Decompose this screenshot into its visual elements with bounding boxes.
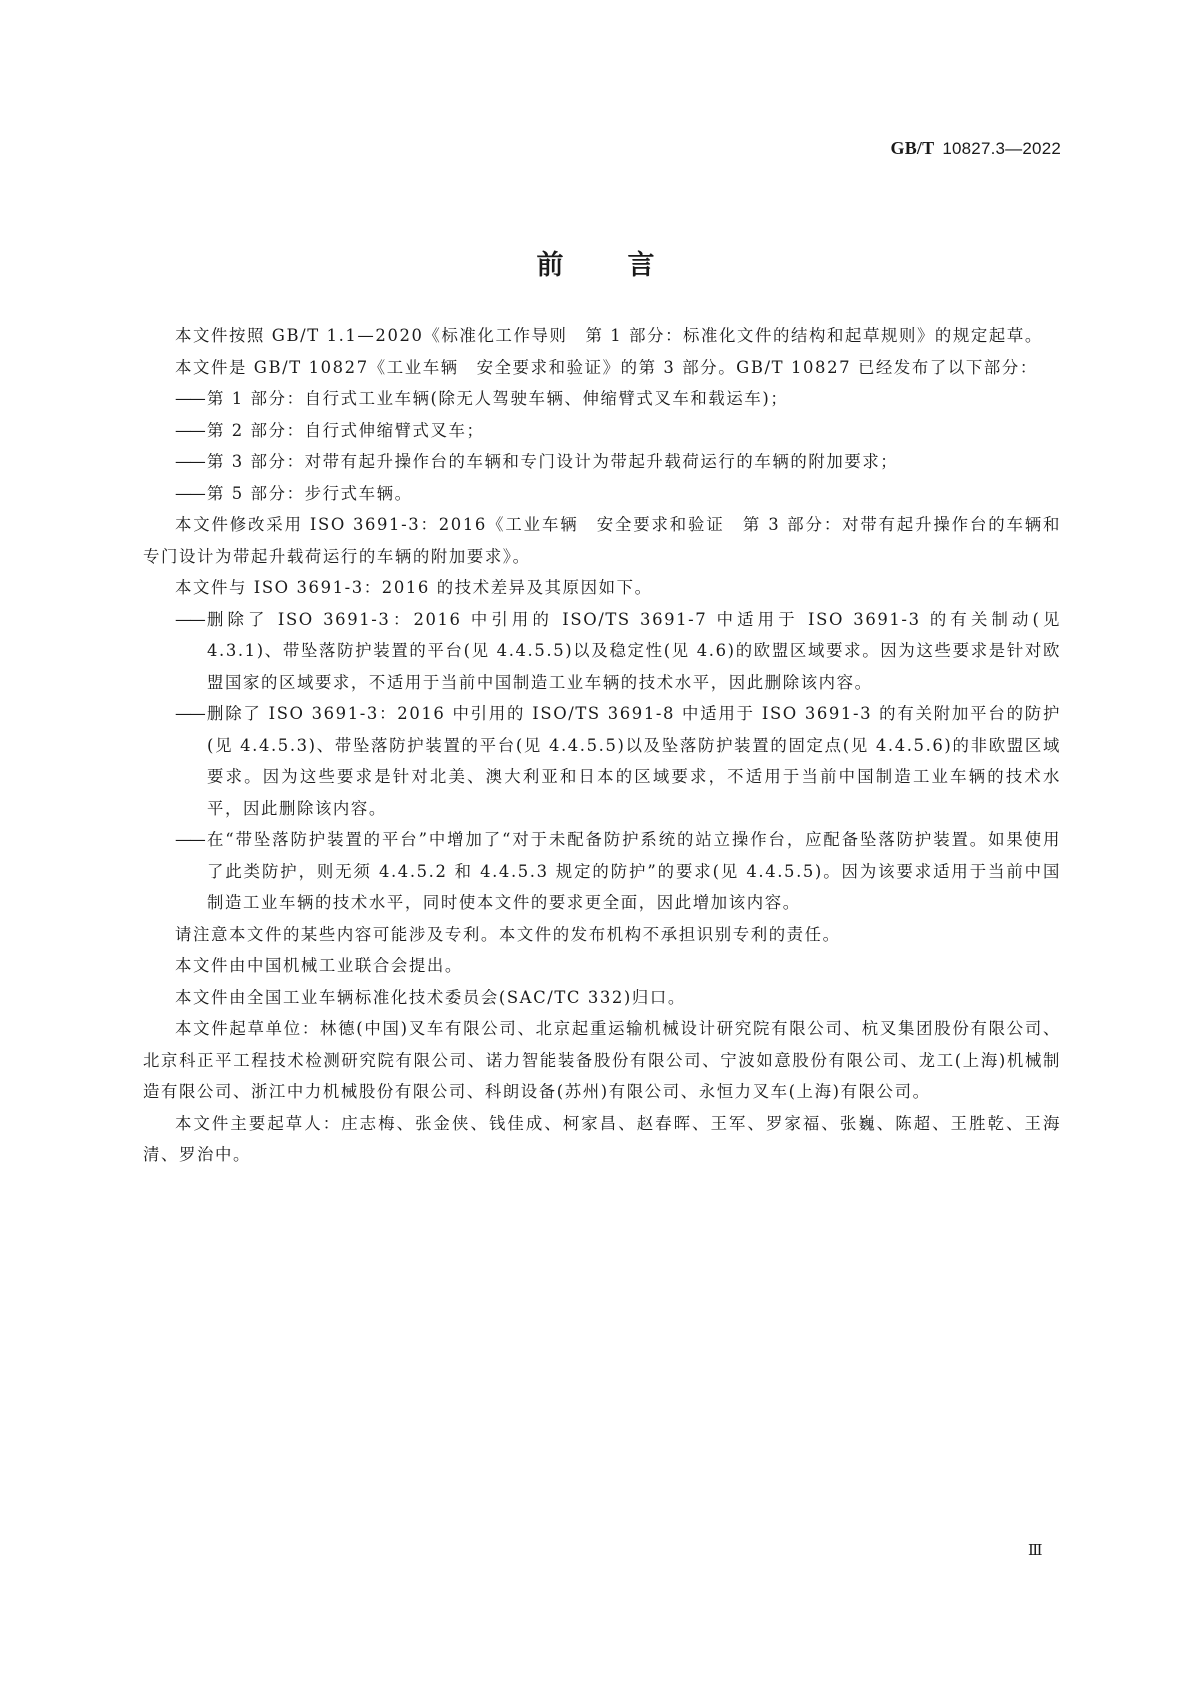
title-char-2: 言 bbox=[628, 243, 655, 282]
list-item-text: 删除了 ISO 3691-3：2016 中引用的 ISO/TS 3691-7 中… bbox=[207, 610, 1061, 692]
list-item-difference-2: ——删除了 ISO 3691-3：2016 中引用的 ISO/TS 3691-8… bbox=[143, 698, 1061, 824]
paragraph-drafters: 本文件主要起草人：庄志梅、张金侠、钱佳成、柯家昌、赵春晖、王军、罗家福、张巍、陈… bbox=[143, 1108, 1061, 1171]
dash-bullet: —— bbox=[175, 415, 207, 447]
list-item-difference-3: ——在“带坠落防护装置的平台”中增加了“对于未配备防护系统的站立操作台，应配备坠… bbox=[143, 824, 1061, 919]
list-item-text: 第 1 部分：自行式工业车辆(除无人驾驶车辆、伸缩臂式叉车和载运车)； bbox=[207, 389, 788, 408]
paragraph-drafting-units: 本文件起草单位：林德(中国)叉车有限公司、北京起重运输机械设计研究院有限公司、杭… bbox=[143, 1013, 1061, 1108]
list-item-text: 第 5 部分：步行式车辆。 bbox=[207, 484, 413, 503]
paragraph-iso-adoption: 本文件修改采用 ISO 3691-3：2016《工业车辆 安全要求和验证 第 3… bbox=[143, 509, 1061, 572]
dash-bullet: —— bbox=[175, 446, 207, 478]
list-item-part-2: ——第 2 部分：自行式伸缩臂式叉车； bbox=[143, 415, 1061, 447]
foreword-body: 本文件按照 GB/T 1.1—2020《标准化工作导则 第 1 部分：标准化文件… bbox=[143, 320, 1061, 1171]
list-item-difference-1: ——删除了 ISO 3691-3：2016 中引用的 ISO/TS 3691-7… bbox=[143, 604, 1061, 699]
list-item-part-1: ——第 1 部分：自行式工业车辆(除无人驾驶车辆、伸缩臂式叉车和载运车)； bbox=[143, 383, 1061, 415]
list-item-text: 第 3 部分：对带有起升操作台的车辆和专门设计为带起升载荷运行的车辆的附加要求； bbox=[207, 452, 898, 471]
paragraph-differences-intro: 本文件与 ISO 3691-3：2016 的技术差异及其原因如下。 bbox=[143, 572, 1061, 604]
paragraph-patent-notice: 请注意本文件的某些内容可能涉及专利。本文件的发布机构不承担识别专利的责任。 bbox=[143, 919, 1061, 951]
dash-bullet: —— bbox=[175, 383, 207, 415]
paragraph-committee: 本文件由全国工业车辆标准化技术委员会(SAC/TC 332)归口。 bbox=[143, 982, 1061, 1014]
dash-bullet: —— bbox=[175, 478, 207, 510]
paragraph-series-intro: 本文件是 GB/T 10827《工业车辆 安全要求和验证》的第 3 部分。GB/… bbox=[143, 352, 1061, 384]
page-title: 前言 bbox=[0, 243, 1191, 282]
paragraph-proposer: 本文件由中国机械工业联合会提出。 bbox=[143, 950, 1061, 982]
paragraph-drafting-rules: 本文件按照 GB/T 1.1—2020《标准化工作导则 第 1 部分：标准化文件… bbox=[143, 320, 1061, 352]
dash-bullet: —— bbox=[175, 698, 207, 730]
page-number: Ⅲ bbox=[1028, 1541, 1042, 1560]
standard-code-prefix: GB/T bbox=[891, 138, 935, 158]
list-item-text: 第 2 部分：自行式伸缩臂式叉车； bbox=[207, 421, 485, 440]
dash-bullet: —— bbox=[175, 604, 207, 636]
standard-code-header: GB/T10827.3—2022 bbox=[891, 138, 1062, 159]
list-item-part-3: ——第 3 部分：对带有起升操作台的车辆和专门设计为带起升载荷运行的车辆的附加要… bbox=[143, 446, 1061, 478]
list-item-part-5: ——第 5 部分：步行式车辆。 bbox=[143, 478, 1061, 510]
list-item-text: 删除了 ISO 3691-3：2016 中引用的 ISO/TS 3691-8 中… bbox=[207, 704, 1061, 818]
list-item-text: 在“带坠落防护装置的平台”中增加了“对于未配备防护系统的站立操作台，应配备坠落防… bbox=[207, 830, 1061, 912]
dash-bullet: —— bbox=[175, 824, 207, 856]
standard-code-number: 10827.3—2022 bbox=[942, 139, 1061, 158]
title-char-1: 前 bbox=[537, 243, 564, 282]
